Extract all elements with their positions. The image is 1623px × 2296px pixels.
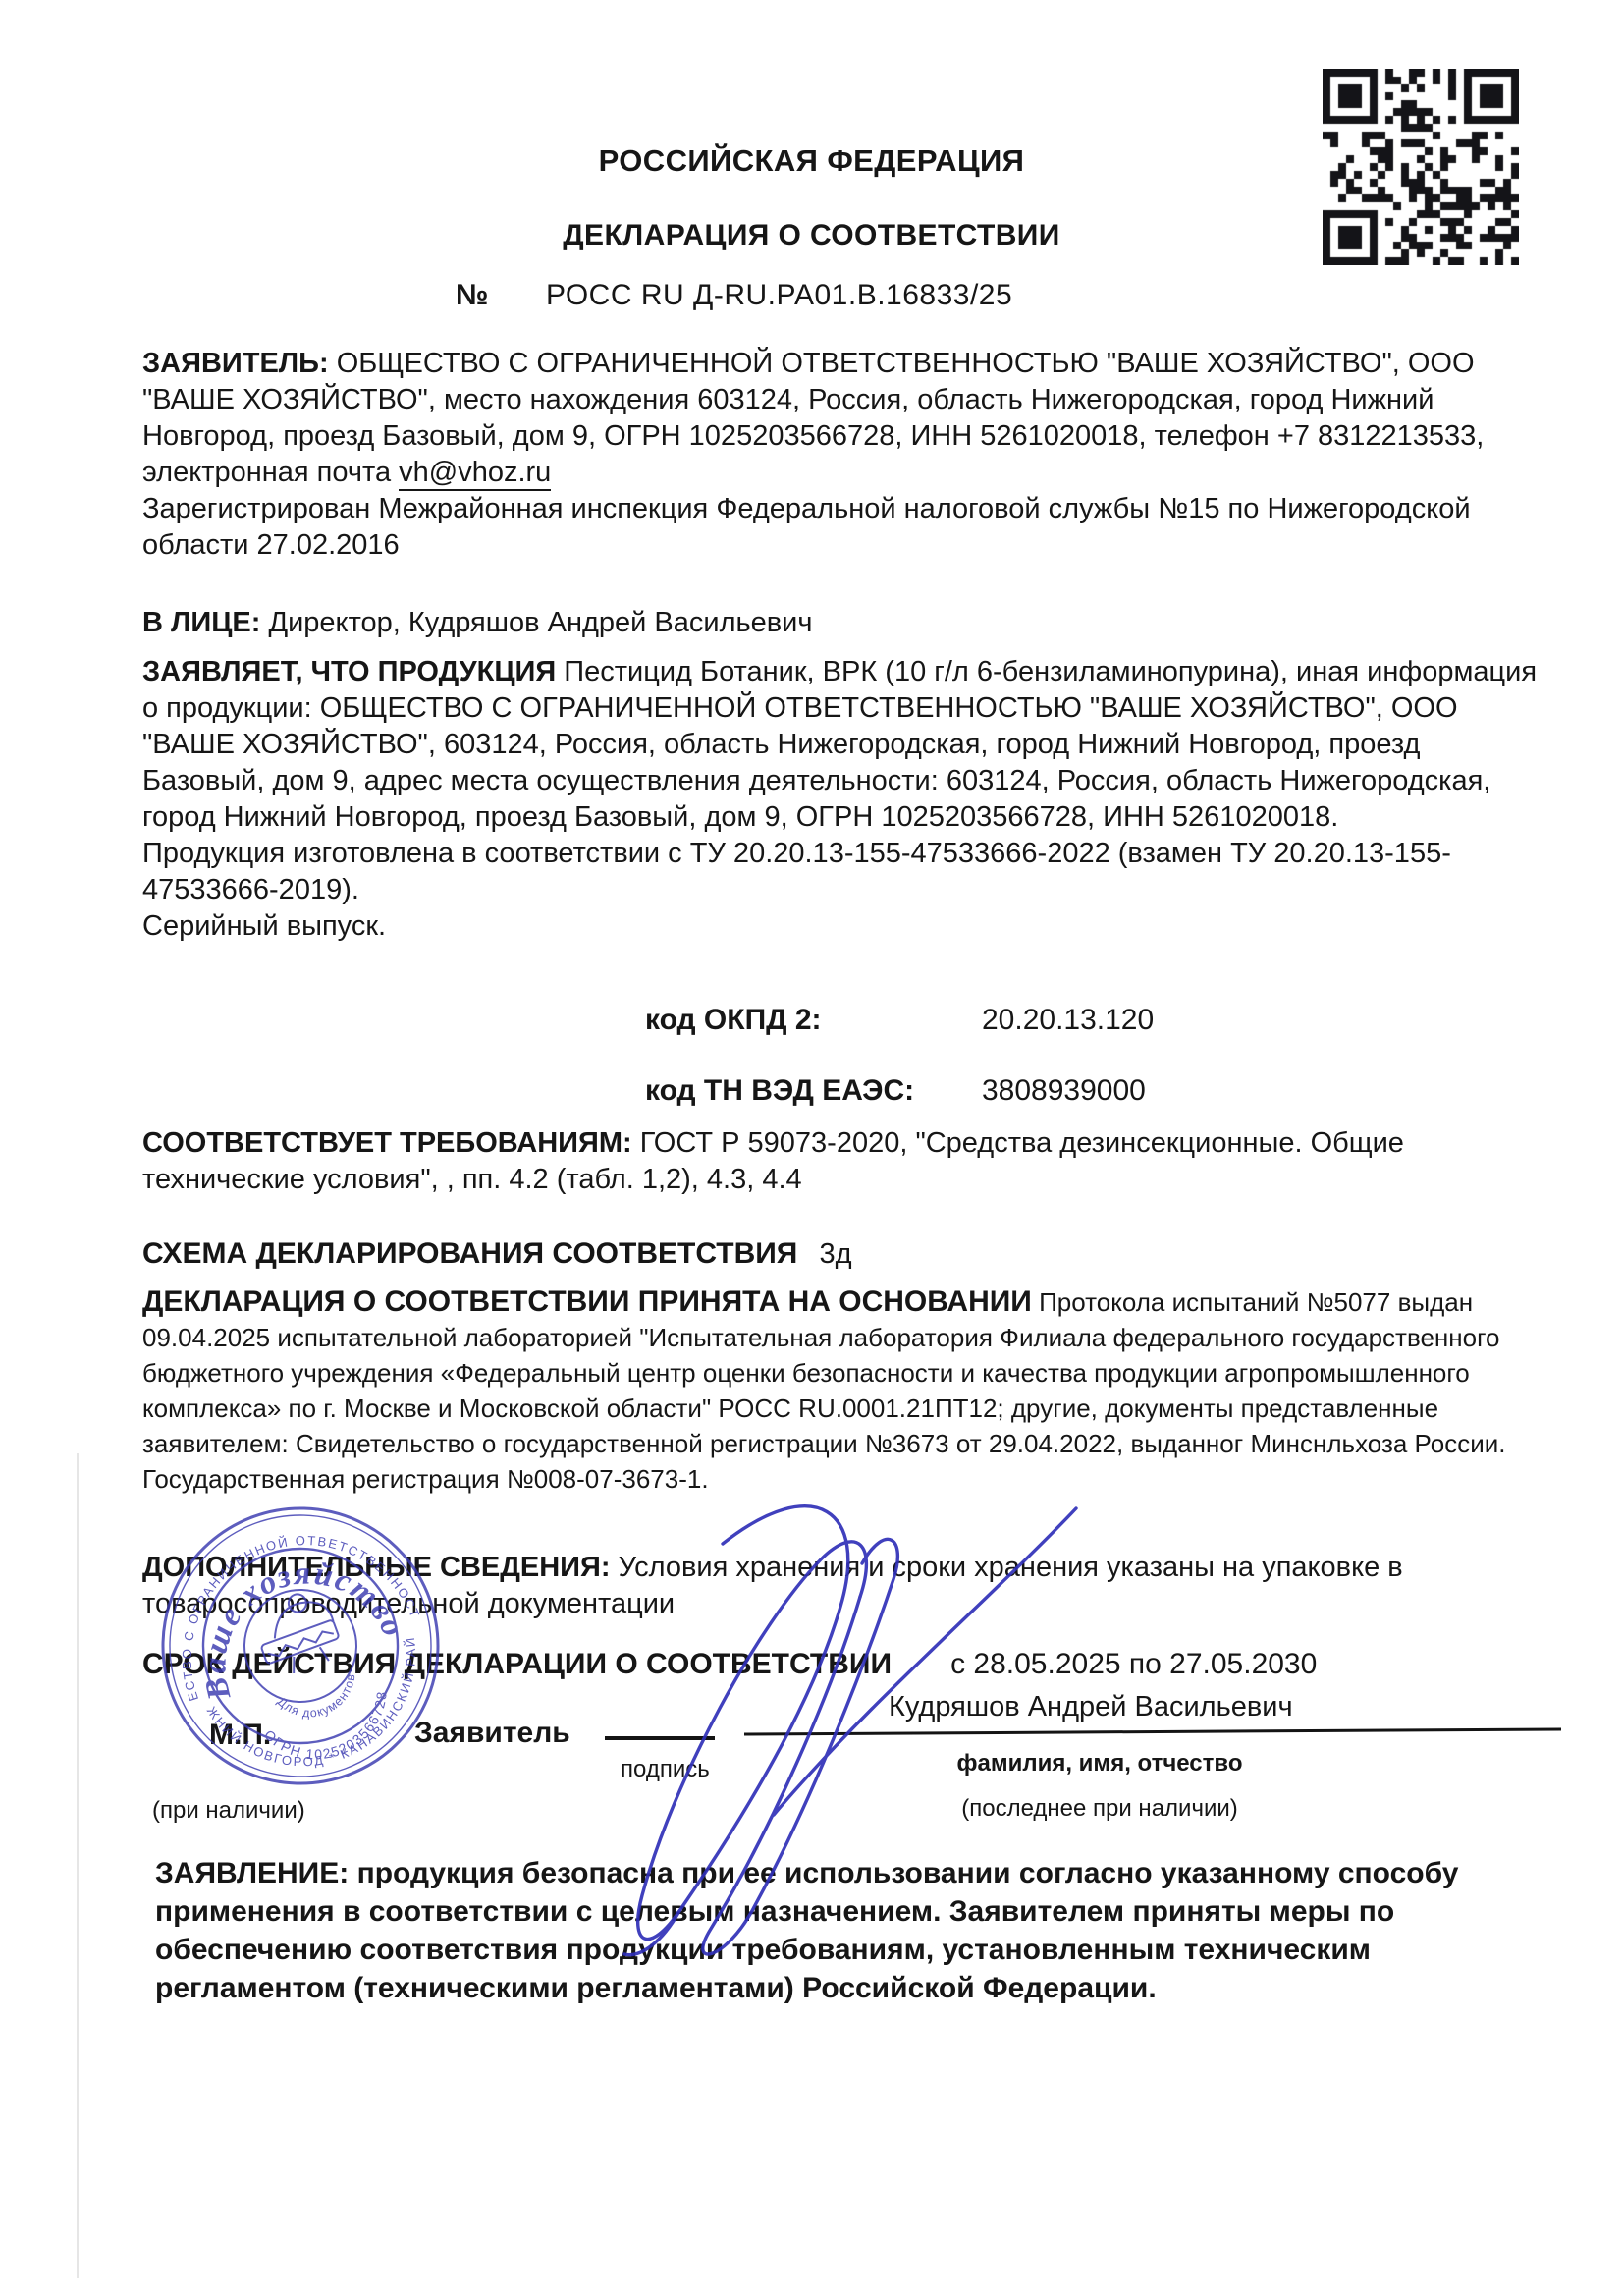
declaration-number: РОСС RU Д-RU.РА01.В.16833/25	[546, 279, 1012, 312]
company-stamp: ОБЩЕСТВО С ОГРАНИЧЕННОЙ ОТВЕТСТВЕННОСТЬЮ…	[155, 1501, 446, 1791]
basis-label: ДЕКЛАРАЦИЯ О СООТВЕТСТВИИ ПРИНЯТА НА ОСН…	[142, 1285, 1032, 1318]
in-person-section: В ЛИЦЕ: Директор, Кудряшов Андрей Василь…	[142, 605, 1539, 641]
okpd-code-label: код ОКПД 2:	[645, 1004, 822, 1037]
applicant-email: vh@vhoz.ru	[399, 457, 551, 491]
tnved-code-label: код ТН ВЭД ЕАЭС:	[645, 1074, 914, 1108]
applicant-label: ЗАЯВИТЕЛЬ:	[142, 348, 329, 379]
scan-artifact-line	[77, 1453, 79, 2278]
mp-caption: (при наличии)	[152, 1797, 305, 1825]
product-manufactured: Продукция изготовлена в соответствии с Т…	[142, 836, 1539, 908]
tnved-code-value: 3808939000	[982, 1074, 1146, 1108]
scheme-value: 3д	[819, 1238, 851, 1270]
stamp-company-name: Ваше хозяйство	[166, 1525, 412, 1709]
product-section: ЗАЯВЛЯЕТ, ЧТО ПРОДУКЦИЯ Пестицид Ботаник…	[142, 654, 1539, 945]
country-title: РОССИЙСКАЯ ФЕДЕРАЦИЯ	[0, 143, 1623, 179]
stamp-docs-text: Для документов	[272, 1668, 367, 1732]
number-label: №	[456, 279, 488, 312]
in-person-label: В ЛИЦЕ:	[142, 607, 260, 638]
applicant-section: ЗАЯВИТЕЛЬ: ОБЩЕСТВО С ОГРАНИЧЕННОЙ ОТВЕТ…	[142, 346, 1539, 564]
product-label: ЗАЯВЛЯЕТ, ЧТО ПРОДУКЦИЯ	[142, 656, 556, 687]
statement-label: ЗАЯВЛЕНИЕ:	[155, 1857, 349, 1889]
document-title: ДЕКЛАРАЦИЯ О СООТВЕТСТВИИ	[0, 219, 1623, 252]
compliance-section: СООТВЕТСТВУЕТ ТРЕБОВАНИЯМ: ГОСТ Р 59073-…	[142, 1125, 1539, 1198]
okpd-code-value: 20.20.13.120	[982, 1004, 1154, 1037]
svg-text:Для документов: Для документов	[272, 1668, 367, 1732]
svg-text:Ваше хозяйство: Ваше хозяйство	[166, 1525, 412, 1709]
product-serial: Серийный выпуск.	[142, 908, 1539, 945]
in-person-text: Директор, Кудряшов Андрей Васильевич	[268, 607, 812, 638]
handwritten-signature	[530, 1414, 1119, 1964]
applicant-text: ОБЩЕСТВО С ОГРАНИЧЕННОЙ ОТВЕТСТВЕННОСТЬЮ…	[142, 348, 1484, 488]
compliance-label: СООТВЕТСТВУЕТ ТРЕБОВАНИЯМ:	[142, 1127, 632, 1159]
scheme-label: СХЕМА ДЕКЛАРИРОВАНИЯ СООТВЕТСТВИЯ	[142, 1237, 797, 1270]
applicant-registration: Зарегистрирован Межрайонная инспекция Фе…	[142, 491, 1539, 564]
declaration-document: РОССИЙСКАЯ ФЕДЕРАЦИЯ ДЕКЛАРАЦИЯ О СООТВЕ…	[0, 0, 1623, 2296]
scheme-section: СХЕМА ДЕКЛАРИРОВАНИЯ СООТВЕТСТВИЯ 3д	[142, 1235, 1539, 1273]
